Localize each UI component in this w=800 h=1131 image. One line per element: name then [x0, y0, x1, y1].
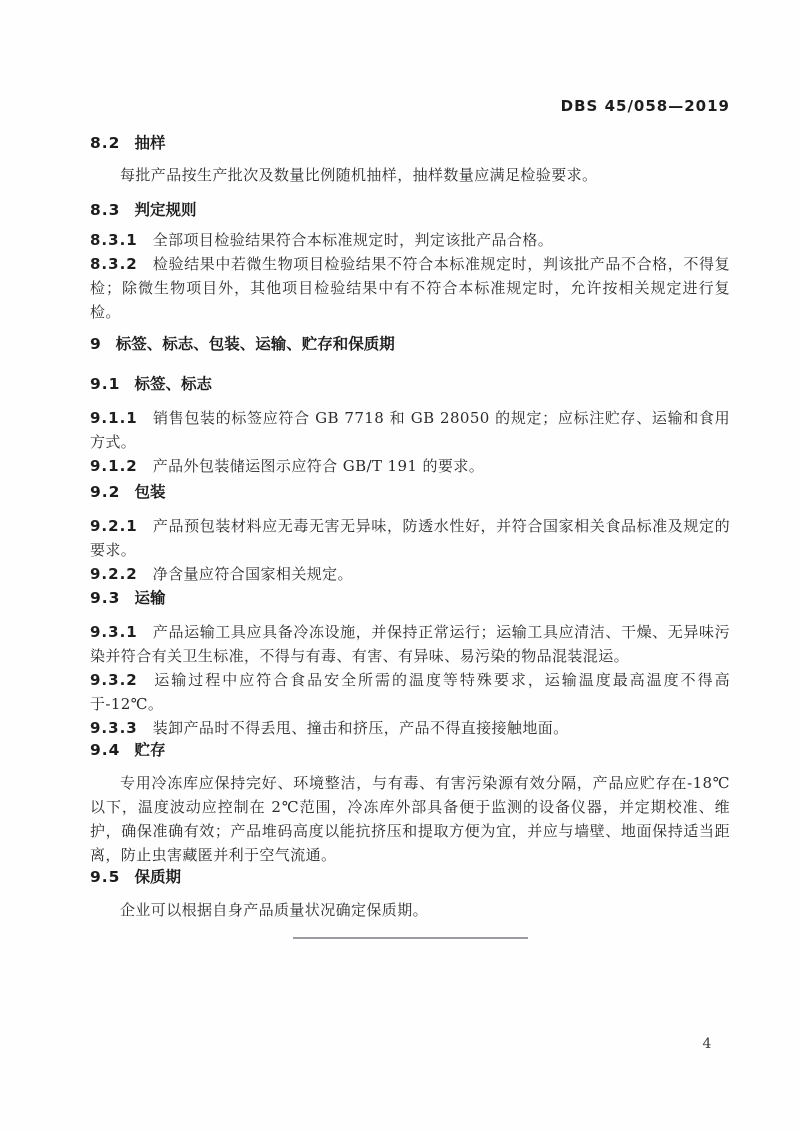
- section-heading-9-2: 9.2包装: [90, 482, 730, 502]
- clause-text: 产品预包装材料应无毒无害无异味，防透水性好，并符合国家相关食品标准及规定的要求。: [90, 517, 730, 559]
- section-heading-9-5: 9.5保质期: [90, 867, 730, 887]
- section-heading-9-1: 9.1标签、标志: [90, 374, 730, 394]
- paragraph-sampling: 每批产品按生产批次及数量比例随机抽样，抽样数量应满足检验要求。: [90, 163, 730, 187]
- section-number: 9.4: [90, 741, 120, 759]
- section-number: 9.2: [90, 483, 120, 501]
- clause-number: 8.3.2: [90, 255, 138, 273]
- section-heading-9-4: 9.4贮存: [90, 740, 730, 760]
- section-title: 运输: [134, 589, 165, 607]
- document-content: DBS 45/058—2019 8.2抽样 每批产品按生产批次及数量比例随机抽样…: [90, 0, 730, 939]
- clause-text: 产品运输工具应具备冷冻设施，并保持正常运行；运输工具应清洁、干燥、无异味污染并符…: [90, 623, 730, 665]
- clause-9-2-1: 9.2.1产品预包装材料应无毒无害无异味，防透水性好，并符合国家相关食品标准及规…: [90, 514, 730, 562]
- chapter-title: 标签、标志、包装、运输、贮存和保质期: [116, 335, 395, 353]
- clause-number: 9.3.3: [90, 719, 138, 737]
- standard-number: DBS 45/058—2019: [561, 97, 730, 115]
- chapter-number: 9: [90, 335, 102, 353]
- section-title: 标签、标志: [134, 375, 212, 393]
- clause-9-3-2: 9.3.2运输过程中应符合食品安全所需的温度等特殊要求，运输温度最高温度不得高于…: [90, 668, 730, 716]
- clause-9-3-1: 9.3.1产品运输工具应具备冷冻设施，并保持正常运行；运输工具应清洁、干燥、无异…: [90, 620, 730, 668]
- section-title: 判定规则: [134, 201, 196, 219]
- clause-9-1-2: 9.1.2产品外包装储运图示应符合 GB/T 191 的要求。: [90, 454, 730, 478]
- section-number: 9.1: [90, 375, 120, 393]
- section-title: 贮存: [134, 741, 165, 759]
- page-header: DBS 45/058—2019: [90, 98, 730, 114]
- clause-number: 9.1.1: [90, 409, 138, 427]
- clause-9-1-1: 9.1.1销售包装的标签应符合 GB 7718 和 GB 28050 的规定；应…: [90, 406, 730, 454]
- clause-9-2-2: 9.2.2净含量应符合国家相关规定。: [90, 562, 730, 586]
- document-page: DBS 45/058—2019 8.2抽样 每批产品按生产批次及数量比例随机抽样…: [0, 0, 800, 1131]
- clause-number: 8.3.1: [90, 231, 138, 249]
- clause-text: 装卸产品时不得丢甩、撞击和挤压，产品不得直接接触地面。: [153, 719, 569, 737]
- clause-number: 9.1.2: [90, 457, 138, 475]
- clause-number: 9.2.2: [90, 565, 138, 583]
- section-heading-8-2: 8.2抽样: [90, 133, 730, 153]
- clause-8-3-2: 8.3.2检验结果中若微生物项目检验结果不符合本标准规定时，判该批产品不合格，不…: [90, 252, 730, 324]
- clause-text: 检验结果中若微生物项目检验结果不符合本标准规定时，判该批产品不合格，不得复检；除…: [90, 255, 730, 321]
- paragraph-shelf-life: 企业可以根据自身产品质量状况确定保质期。: [90, 898, 730, 922]
- section-number: 8.3: [90, 201, 120, 219]
- clause-number: 9.3.1: [90, 623, 138, 641]
- section-number: 9.5: [90, 868, 120, 886]
- clause-text: 净含量应符合国家相关规定。: [153, 565, 353, 583]
- page-footer: 4: [692, 1036, 722, 1052]
- section-heading-8-3: 8.3判定规则: [90, 200, 730, 220]
- clause-text: 产品外包装储运图示应符合 GB/T 191 的要求。: [153, 457, 484, 475]
- clause-number: 9.2.1: [90, 517, 138, 535]
- clause-text: 运输过程中应符合食品安全所需的温度等特殊要求，运输温度最高温度不得高于-12℃。: [90, 671, 730, 713]
- section-title: 保质期: [134, 868, 181, 886]
- section-title: 抽样: [134, 134, 165, 152]
- clause-text: 全部项目检验结果符合本标准规定时，判定该批产品合格。: [153, 231, 553, 249]
- section-title: 包装: [134, 483, 165, 501]
- section-number: 9.3: [90, 589, 120, 607]
- chapter-heading-9: 9标签、标志、包装、运输、贮存和保质期: [90, 334, 730, 354]
- section-number: 8.2: [90, 134, 120, 152]
- clause-9-3-3: 9.3.3装卸产品时不得丢甩、撞击和挤压，产品不得直接接触地面。: [90, 716, 730, 740]
- page-number: 4: [703, 1036, 712, 1052]
- clause-8-3-1: 8.3.1全部项目检验结果符合本标准规定时，判定该批产品合格。: [90, 228, 730, 252]
- clause-number: 9.3.2: [90, 671, 138, 689]
- paragraph-storage: 专用冷冻库应保持完好、环境整洁，与有毒、有害污染源有效分隔，产品应贮存在-18℃…: [90, 771, 730, 867]
- clause-text: 销售包装的标签应符合 GB 7718 和 GB 28050 的规定；应标注贮存、…: [90, 409, 730, 451]
- end-of-text-rule: [293, 937, 528, 939]
- section-heading-9-3: 9.3运输: [90, 588, 730, 608]
